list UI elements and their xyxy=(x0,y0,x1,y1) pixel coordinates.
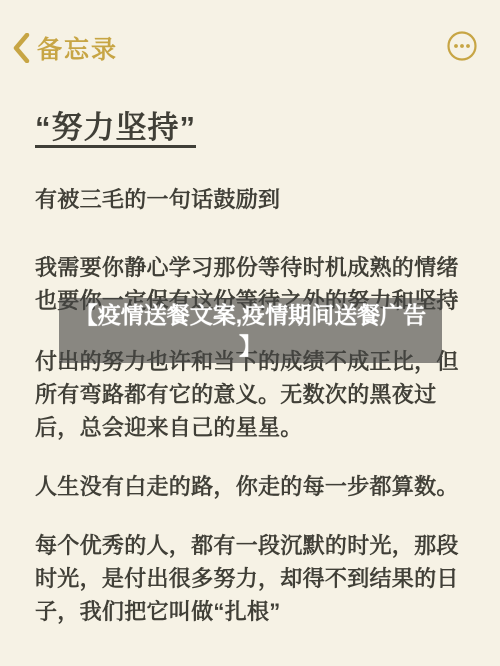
note-content: “努力坚持” 有被三毛的一句话鼓励到 我需要你静心学习那份等待时机成熟的情绪也要… xyxy=(0,104,500,628)
back-button[interactable]: 备忘录 xyxy=(12,30,118,66)
chevron-left-icon xyxy=(12,33,30,63)
more-options-button[interactable] xyxy=(446,30,478,67)
note-paragraph: 付出的努力也许和当下的成绩不成正比，但所有弯路都有它的意义。无数次的黑夜过后，总… xyxy=(35,345,465,444)
note-paragraph: 有被三毛的一句话鼓励到 xyxy=(35,183,465,216)
note-paragraph: 人生没有白走的路，你走的每一步都算数。 xyxy=(35,470,465,503)
back-button-label: 备忘录 xyxy=(37,30,118,66)
nav-bar: 备忘录 xyxy=(0,0,500,70)
notes-app-screen: 备忘录 “努力坚持” 有被三毛的一句话鼓励到 我需要你静心学习那份等待时机成熟的… xyxy=(0,0,500,666)
note-title: “努力坚持” xyxy=(35,104,465,152)
ellipsis-circle-icon xyxy=(446,30,478,67)
note-paragraph: 每个优秀的人，都有一段沉默的时光，那段时光，是付出很多努力，却得不到结果的日子，… xyxy=(35,529,465,628)
note-paragraph: 我需要你静心学习那份等待时机成熟的情绪也要你一定保有这份等待之外的努力和坚持 xyxy=(35,251,465,317)
